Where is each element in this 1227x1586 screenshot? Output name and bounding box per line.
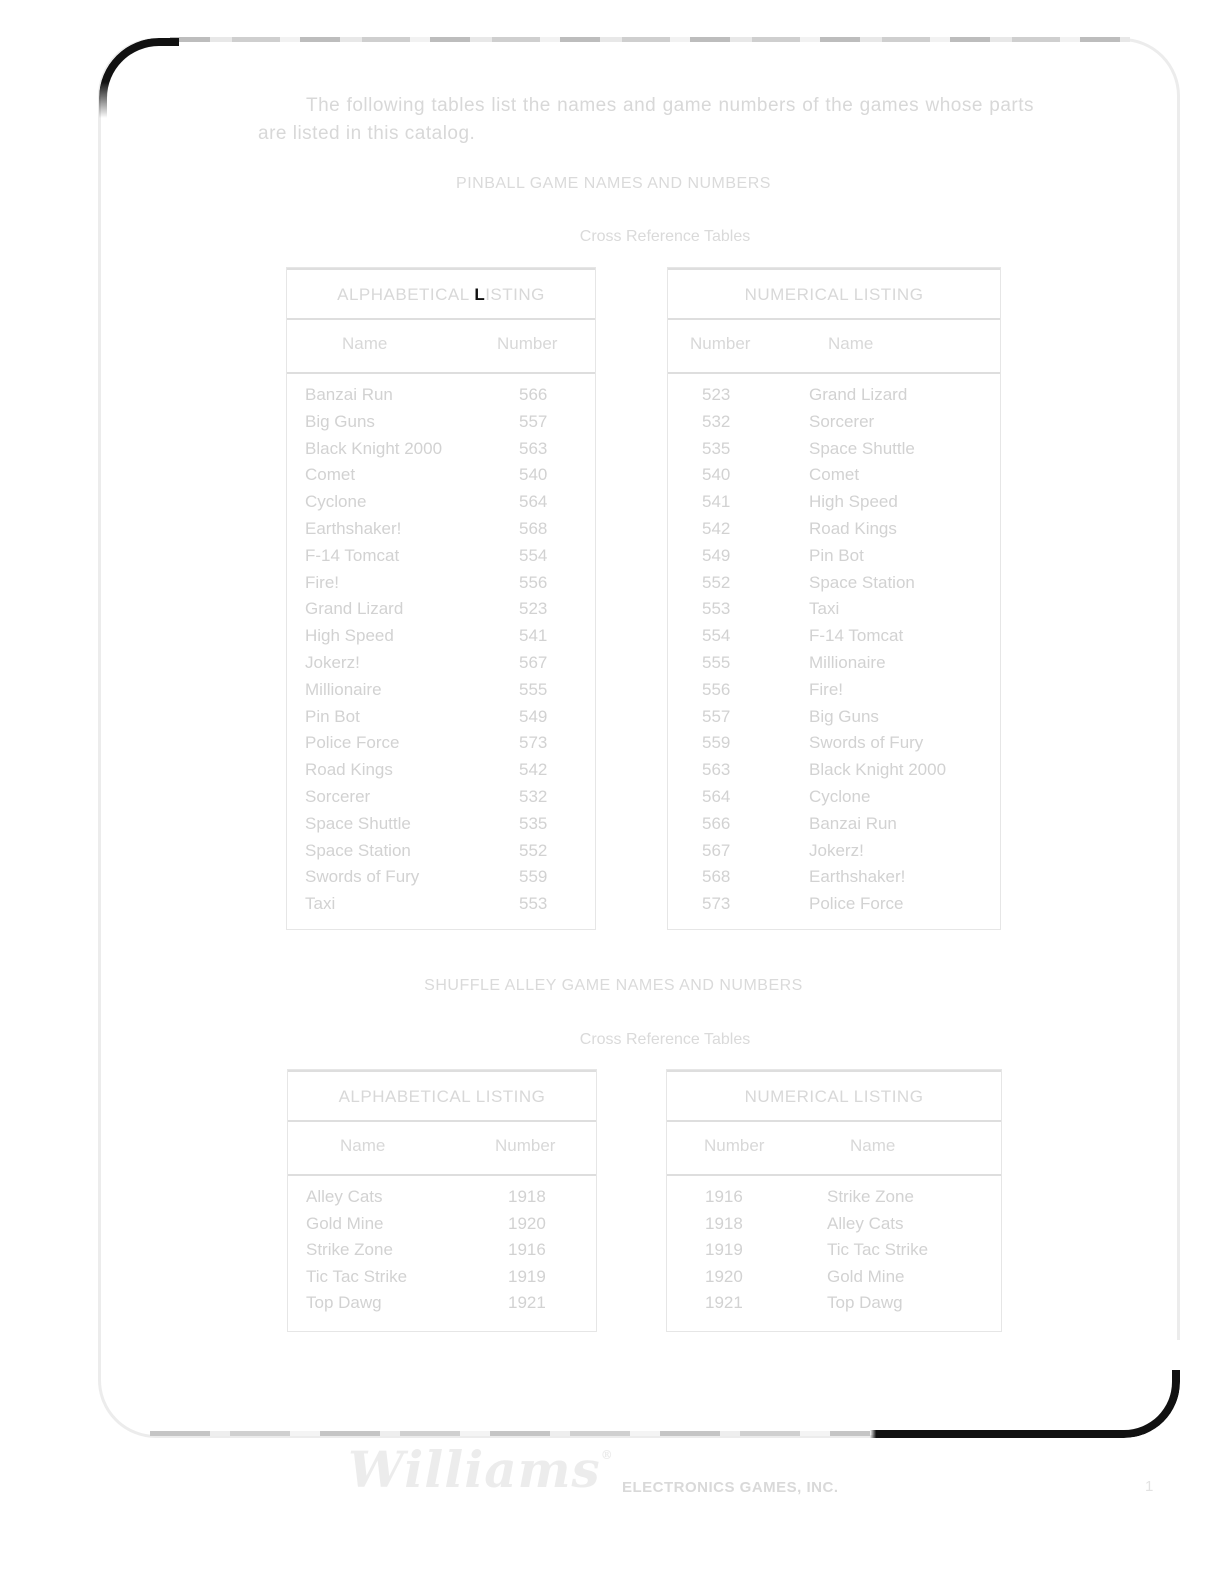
cell-number: 568 xyxy=(519,516,547,543)
cell-name: Big Guns xyxy=(305,409,375,436)
cell-name: F-14 Tomcat xyxy=(809,623,903,650)
williams-logo: Williams® xyxy=(348,1440,614,1499)
cell-name: Fire! xyxy=(809,677,843,704)
pinball-alphabetical-table: ALPHABETICAL LISTING Name Number Banzai … xyxy=(286,267,596,930)
table-row: 541High Speed xyxy=(668,489,1000,516)
cell-number: 552 xyxy=(702,570,730,597)
cell-name: Pin Bot xyxy=(305,704,360,731)
table-row: 557Big Guns xyxy=(668,704,1000,731)
table-row: Big Guns557 xyxy=(287,409,595,436)
cell-name: Jokerz! xyxy=(305,650,360,677)
table-row: 542Road Kings xyxy=(668,516,1000,543)
cell-name: Strike Zone xyxy=(827,1184,914,1211)
border-corner-bottom-right xyxy=(870,1340,1180,1438)
cell-number: 553 xyxy=(519,891,547,918)
cell-name: Sorcerer xyxy=(809,409,874,436)
cell-name: Alley Cats xyxy=(306,1184,383,1211)
cell-name: Banzai Run xyxy=(809,811,897,838)
cell-name: Fire! xyxy=(305,570,339,597)
cell-number: 542 xyxy=(519,757,547,784)
cell-name: Taxi xyxy=(305,891,335,918)
cell-number: 523 xyxy=(702,382,730,409)
column-header-number: Number xyxy=(704,1118,764,1174)
shuffle-numerical-table: NUMERICAL LISTING Number Name 1916Strike… xyxy=(666,1069,1002,1332)
table-row: Alley Cats1918 xyxy=(288,1184,596,1211)
company-name: ELECTRONICS GAMES, INC. xyxy=(622,1479,839,1496)
shuffle-alphabetical-table: ALPHABETICAL LISTING Name Number Alley C… xyxy=(287,1069,597,1332)
shuffle-section-title: SHUFFLE ALLEY GAME NAMES AND NUMBERS xyxy=(0,977,1227,995)
page-border xyxy=(98,38,1180,1438)
cell-number: 1919 xyxy=(705,1237,743,1264)
cell-number: 554 xyxy=(519,543,547,570)
cell-name: Strike Zone xyxy=(306,1237,393,1264)
table-row: Sorcerer532 xyxy=(287,784,595,811)
table-row: 1918Alley Cats xyxy=(667,1211,1001,1238)
table-row: Top Dawg1921 xyxy=(288,1290,596,1317)
cell-name: Tic Tac Strike xyxy=(306,1264,407,1291)
table-row: Strike Zone1916 xyxy=(288,1237,596,1264)
cell-name: Millionaire xyxy=(305,677,382,704)
table-row: Comet540 xyxy=(287,462,595,489)
cell-name: Alley Cats xyxy=(827,1211,904,1238)
border-top-edge xyxy=(170,37,1130,42)
cell-number: 1916 xyxy=(705,1184,743,1211)
border-bottom-edge xyxy=(150,1431,870,1436)
table-title: ALPHABETICAL LISTING xyxy=(287,268,595,320)
cell-number: 1920 xyxy=(705,1264,743,1291)
table-row: 564Cyclone xyxy=(668,784,1000,811)
cell-name: Space Station xyxy=(305,838,411,865)
table-row: 553Taxi xyxy=(668,596,1000,623)
cell-name: Swords of Fury xyxy=(809,730,923,757)
table-row: 563Black Knight 2000 xyxy=(668,757,1000,784)
cell-number: 1921 xyxy=(705,1290,743,1317)
cell-number: 559 xyxy=(702,730,730,757)
table-row: 555Millionaire xyxy=(668,650,1000,677)
table-row: Road Kings542 xyxy=(287,757,595,784)
cell-number: 1920 xyxy=(508,1211,546,1238)
cell-number: 555 xyxy=(519,677,547,704)
table-column-headers: Number Name xyxy=(667,1118,1001,1176)
column-header-name: Name xyxy=(340,1118,385,1174)
cell-name: Gold Mine xyxy=(827,1264,904,1291)
cell-name: Jokerz! xyxy=(809,838,864,865)
cell-number: 549 xyxy=(519,704,547,731)
table-title-text-end: ISTING xyxy=(485,285,545,304)
intro-paragraph: The following tables list the names and … xyxy=(258,92,1034,148)
cell-number: 564 xyxy=(519,489,547,516)
table-row: 1920Gold Mine xyxy=(667,1264,1001,1291)
table-row: Space Station552 xyxy=(287,838,595,865)
cell-number: 557 xyxy=(519,409,547,436)
cell-number: 557 xyxy=(702,704,730,731)
table-row: Jokerz!567 xyxy=(287,650,595,677)
cell-name: Grand Lizard xyxy=(809,382,907,409)
table-row: Tic Tac Strike1919 xyxy=(288,1264,596,1291)
table-body: Alley Cats1918Gold Mine1920Strike Zone19… xyxy=(288,1184,596,1317)
cell-name: High Speed xyxy=(809,489,898,516)
table-row: 1919Tic Tac Strike xyxy=(667,1237,1001,1264)
table-title: ALPHABETICAL LISTING xyxy=(288,1070,596,1122)
cell-number: 540 xyxy=(702,462,730,489)
table-row: 552Space Station xyxy=(668,570,1000,597)
logo-text: Williams xyxy=(348,1440,601,1499)
cell-name: Cyclone xyxy=(305,489,366,516)
cell-name: Swords of Fury xyxy=(305,864,419,891)
table-row: 1921Top Dawg xyxy=(667,1290,1001,1317)
column-header-name: Name xyxy=(828,316,873,372)
border-corner-top-left xyxy=(99,38,179,118)
table-row: Swords of Fury559 xyxy=(287,864,595,891)
cell-number: 1916 xyxy=(508,1237,546,1264)
cell-name: Tic Tac Strike xyxy=(827,1237,928,1264)
table-title: NUMERICAL LISTING xyxy=(668,268,1000,320)
cell-name: Big Guns xyxy=(809,704,879,731)
cell-number: 559 xyxy=(519,864,547,891)
cell-number: 554 xyxy=(702,623,730,650)
table-row: 554F-14 Tomcat xyxy=(668,623,1000,650)
table-body: 1916Strike Zone1918Alley Cats1919Tic Tac… xyxy=(667,1184,1001,1317)
cell-number: 552 xyxy=(519,838,547,865)
cell-number: 564 xyxy=(702,784,730,811)
table-title-text: ALPHABETICAL xyxy=(337,285,474,304)
table-row: F-14 Tomcat554 xyxy=(287,543,595,570)
table-row: 535Space Shuttle xyxy=(668,436,1000,463)
table-row: 540Comet xyxy=(668,462,1000,489)
cell-name: Road Kings xyxy=(305,757,393,784)
cell-name: Top Dawg xyxy=(306,1290,382,1317)
cell-number: 556 xyxy=(702,677,730,704)
cell-number: 541 xyxy=(519,623,547,650)
cell-name: Police Force xyxy=(305,730,399,757)
table-row: 566Banzai Run xyxy=(668,811,1000,838)
registered-mark: ® xyxy=(601,1448,614,1462)
table-title: NUMERICAL LISTING xyxy=(667,1070,1001,1122)
cell-number: 1918 xyxy=(705,1211,743,1238)
column-header-number: Number xyxy=(497,316,557,372)
cell-name: Taxi xyxy=(809,596,839,623)
cell-name: Earthshaker! xyxy=(305,516,401,543)
table-row: 532Sorcerer xyxy=(668,409,1000,436)
cell-number: 566 xyxy=(519,382,547,409)
table-row: 549Pin Bot xyxy=(668,543,1000,570)
cell-name: Grand Lizard xyxy=(305,596,403,623)
table-row: Millionaire555 xyxy=(287,677,595,704)
cell-name: Space Shuttle xyxy=(809,436,915,463)
cell-number: 542 xyxy=(702,516,730,543)
cell-name: Space Station xyxy=(809,570,915,597)
column-header-name: Name xyxy=(342,316,387,372)
cell-name: Comet xyxy=(809,462,859,489)
cell-number: 532 xyxy=(702,409,730,436)
cell-number: 523 xyxy=(519,596,547,623)
table-row: High Speed541 xyxy=(287,623,595,650)
cell-name: High Speed xyxy=(305,623,394,650)
cell-number: 1919 xyxy=(508,1264,546,1291)
cell-name: Road Kings xyxy=(809,516,897,543)
table-row: Cyclone564 xyxy=(287,489,595,516)
table-row: Taxi553 xyxy=(287,891,595,918)
table-row: Banzai Run566 xyxy=(287,382,595,409)
cell-number: 573 xyxy=(519,730,547,757)
table-row: Earthshaker!568 xyxy=(287,516,595,543)
cell-name: Pin Bot xyxy=(809,543,864,570)
cell-number: 553 xyxy=(702,596,730,623)
cell-name: Police Force xyxy=(809,891,903,918)
cell-name: F-14 Tomcat xyxy=(305,543,399,570)
cell-number: 532 xyxy=(519,784,547,811)
cell-name: Earthshaker! xyxy=(809,864,905,891)
cell-number: 563 xyxy=(702,757,730,784)
cell-number: 556 xyxy=(519,570,547,597)
cell-number: 563 xyxy=(519,436,547,463)
table-column-headers: Number Name xyxy=(668,316,1000,374)
column-header-number: Number xyxy=(690,316,750,372)
cell-number: 549 xyxy=(702,543,730,570)
table-row: 568Earthshaker! xyxy=(668,864,1000,891)
page-number: 1 xyxy=(1145,1478,1153,1495)
table-row: 573Police Force xyxy=(668,891,1000,918)
shuffle-section-subtitle: Cross Reference Tables xyxy=(0,1031,1227,1049)
cell-name: Sorcerer xyxy=(305,784,370,811)
table-row: 567Jokerz! xyxy=(668,838,1000,865)
cell-number: 573 xyxy=(702,891,730,918)
cell-name: Millionaire xyxy=(809,650,886,677)
table-row: 559Swords of Fury xyxy=(668,730,1000,757)
pinball-numerical-table: NUMERICAL LISTING Number Name 523Grand L… xyxy=(667,267,1001,930)
pinball-section-subtitle: Cross Reference Tables xyxy=(0,228,1227,246)
table-row: Fire!556 xyxy=(287,570,595,597)
cell-name: Top Dawg xyxy=(827,1290,903,1317)
column-header-number: Number xyxy=(495,1118,555,1174)
cell-name: Black Knight 2000 xyxy=(305,436,442,463)
table-row: Black Knight 2000563 xyxy=(287,436,595,463)
cell-number: 535 xyxy=(702,436,730,463)
table-column-headers: Name Number xyxy=(288,1118,596,1176)
table-row: Police Force573 xyxy=(287,730,595,757)
cell-number: 541 xyxy=(702,489,730,516)
cell-name: Comet xyxy=(305,462,355,489)
cell-name: Cyclone xyxy=(809,784,870,811)
cell-name: Banzai Run xyxy=(305,382,393,409)
table-row: 523Grand Lizard xyxy=(668,382,1000,409)
table-row: 1916Strike Zone xyxy=(667,1184,1001,1211)
cell-number: 568 xyxy=(702,864,730,891)
cell-number: 540 xyxy=(519,462,547,489)
cell-number: 1921 xyxy=(508,1290,546,1317)
cell-number: 566 xyxy=(702,811,730,838)
cell-name: Space Shuttle xyxy=(305,811,411,838)
table-row: Gold Mine1920 xyxy=(288,1211,596,1238)
cell-name: Black Knight 2000 xyxy=(809,757,946,784)
table-row: 556Fire! xyxy=(668,677,1000,704)
table-body: 523Grand Lizard532Sorcerer535Space Shutt… xyxy=(668,382,1000,918)
pinball-section-title: PINBALL GAME NAMES AND NUMBERS xyxy=(0,175,1227,193)
cell-number: 567 xyxy=(519,650,547,677)
table-body: Banzai Run566Big Guns557Black Knight 200… xyxy=(287,382,595,918)
table-column-headers: Name Number xyxy=(287,316,595,374)
table-title-dark-letter: L xyxy=(474,285,485,304)
cell-number: 1918 xyxy=(508,1184,546,1211)
table-row: Pin Bot549 xyxy=(287,704,595,731)
table-row: Grand Lizard523 xyxy=(287,596,595,623)
cell-name: Gold Mine xyxy=(306,1211,383,1238)
cell-number: 567 xyxy=(702,838,730,865)
cell-number: 555 xyxy=(702,650,730,677)
table-row: Space Shuttle535 xyxy=(287,811,595,838)
column-header-name: Name xyxy=(850,1118,895,1174)
cell-number: 535 xyxy=(519,811,547,838)
